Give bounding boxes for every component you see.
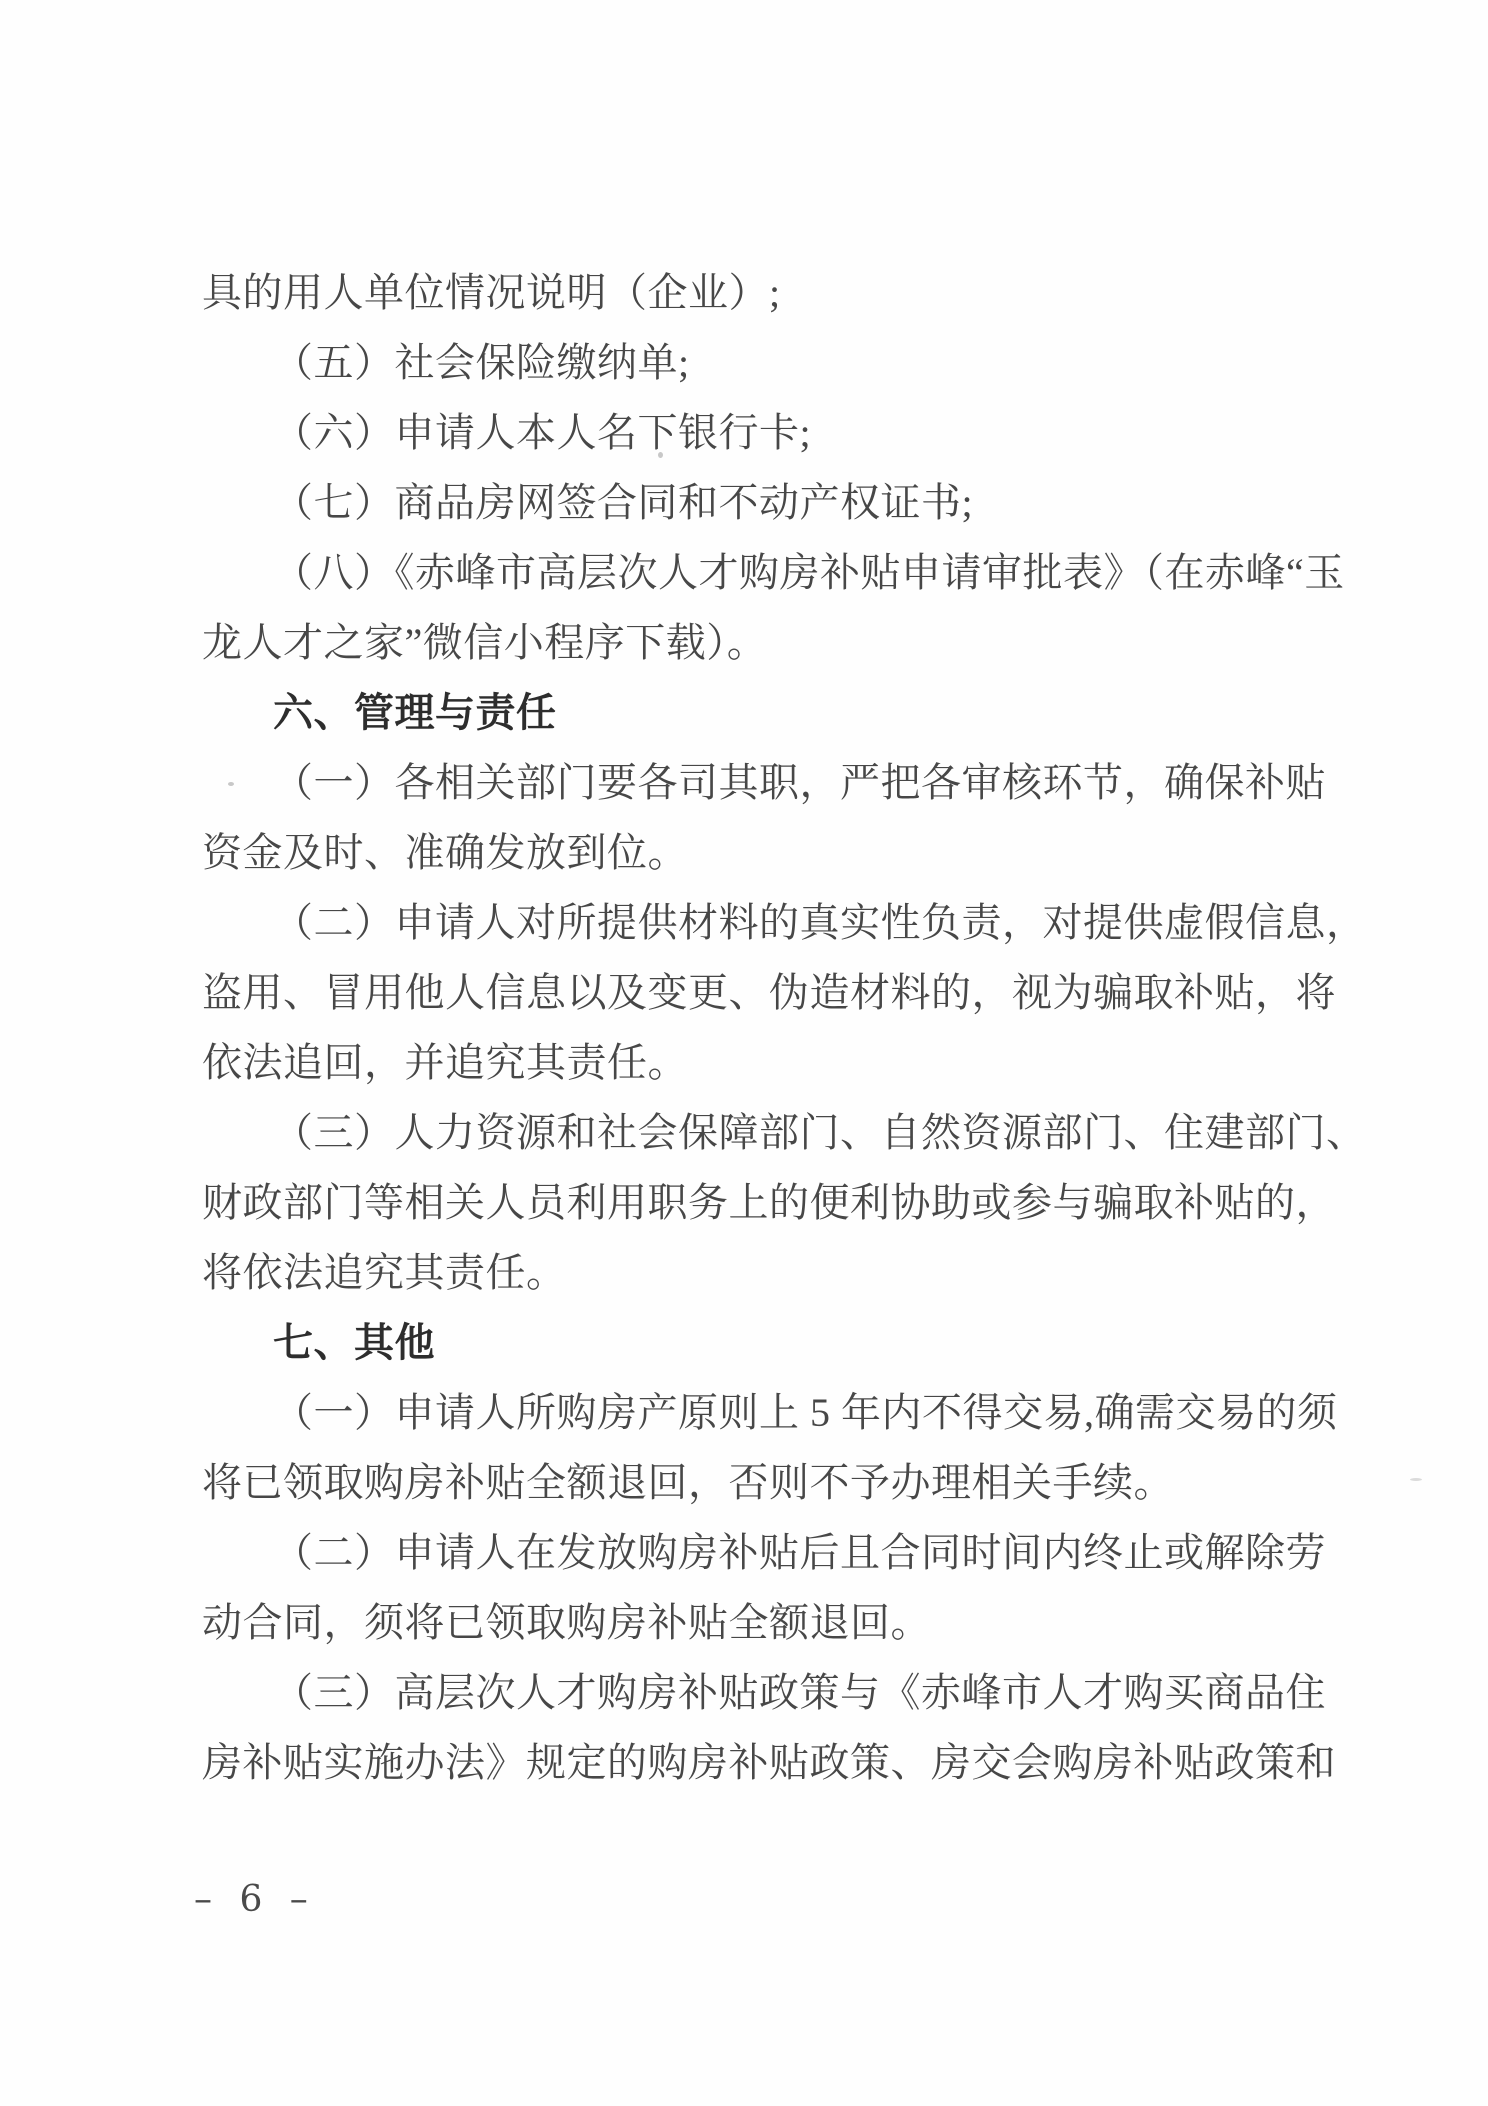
continuation-line: 具的用人单位情况说明（企业）; bbox=[202, 258, 1340, 328]
scan-artifact bbox=[1410, 1478, 1422, 1481]
scan-artifact bbox=[228, 782, 234, 786]
section-7-item-3-line-1: （三）高层次人才购房补贴政策与《赤峰市人才购买商品住 bbox=[202, 1658, 1340, 1728]
section-6-item-3-line-3: 将依法追究其责任。 bbox=[202, 1238, 1340, 1308]
list-item-5: （五）社会保险缴纳单; bbox=[202, 328, 1340, 398]
list-item-8-line-1: （八）《赤峰市高层次人才购房补贴申请审批表》（在赤峰“玉 bbox=[202, 538, 1340, 608]
section-6-item-2-line-2: 盗用、冒用他人信息以及变更、伪造材料的，视为骗取补贴，将 bbox=[202, 958, 1340, 1028]
scanned-document-page: 具的用人单位情况说明（企业）; （五）社会保险缴纳单; （六）申请人本人名下银行… bbox=[0, 0, 1488, 2106]
section-6-item-1-line-2: 资金及时、准确发放到位。 bbox=[202, 818, 1340, 888]
list-item-6: （六）申请人本人名下银行卡; bbox=[202, 398, 1340, 468]
list-item-7: （七）商品房网签合同和不动产权证书; bbox=[202, 468, 1340, 538]
section-7-item-2-line-2: 动合同，须将已领取购房补贴全额退回。 bbox=[202, 1588, 1340, 1658]
page-number: – 6 – bbox=[194, 1880, 316, 1920]
section-6-item-1-line-1: （一）各相关部门要各司其职，严把各审核环节，确保补贴 bbox=[202, 748, 1340, 818]
section-6-item-3-line-1: （三）人力资源和社会保障部门、自然资源部门、住建部门、 bbox=[202, 1098, 1340, 1168]
section-7-item-3-line-2: 房补贴实施办法》规定的购房补贴政策、房交会购房补贴政策和 bbox=[202, 1728, 1340, 1798]
section-6-item-2-line-1: （二）申请人对所提供材料的真实性负责，对提供虚假信息， bbox=[202, 888, 1340, 958]
section-6-item-2-line-3: 依法追回，并追究其责任。 bbox=[202, 1028, 1340, 1098]
section-6-item-3-line-2: 财政部门等相关人员利用职务上的便利协助或参与骗取补贴的， bbox=[202, 1168, 1340, 1238]
section-7-item-1-line-1: （一）申请人所购房产原则上 5 年内不得交易,确需交易的须 bbox=[202, 1378, 1340, 1448]
section-heading-7: 七、其他 bbox=[202, 1308, 1340, 1378]
scan-artifact bbox=[658, 452, 663, 458]
document-body: 具的用人单位情况说明（企业）; （五）社会保险缴纳单; （六）申请人本人名下银行… bbox=[202, 258, 1340, 1798]
list-item-8-line-2: 龙人才之家”微信小程序下载）。 bbox=[202, 608, 1340, 678]
section-7-item-1-line-2: 将已领取购房补贴全额退回，否则不予办理相关手续。 bbox=[202, 1448, 1340, 1518]
section-7-item-2-line-1: （二）申请人在发放购房补贴后且合同时间内终止或解除劳 bbox=[202, 1518, 1340, 1588]
section-heading-6: 六、管理与责任 bbox=[202, 678, 1340, 748]
